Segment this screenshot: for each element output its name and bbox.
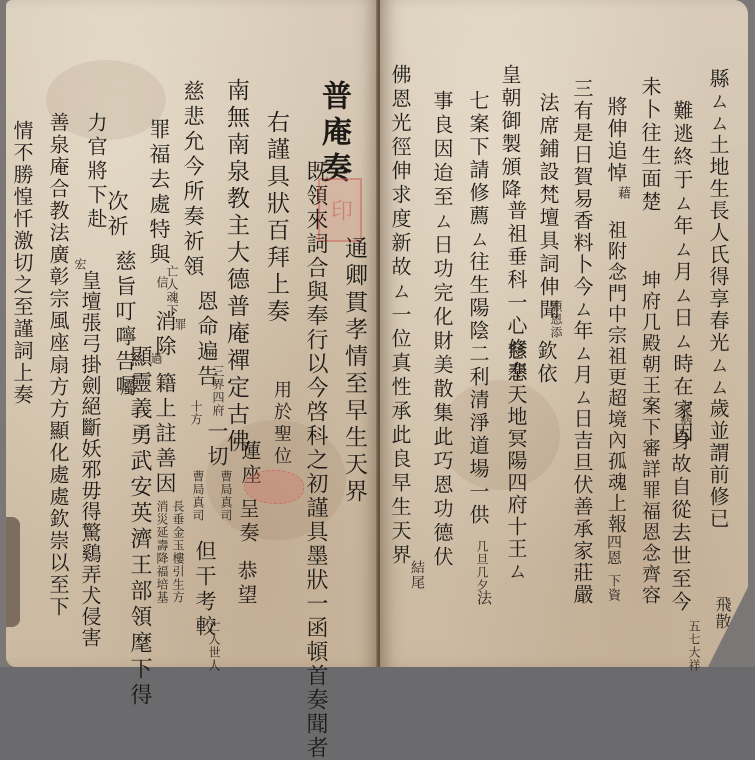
text-column: 將伸追悼 xyxy=(606,96,626,184)
torn-edge xyxy=(6,517,20,627)
text-column: 慈悲允今所奏祈領 xyxy=(182,80,203,280)
text-column: 罪福去處特與 xyxy=(148,118,169,268)
text-column: 法席鋪設梵壇具詞伸聞 xyxy=(538,92,558,322)
annotation: 五七大祥 xyxy=(688,620,700,667)
text-column: 法 xyxy=(476,590,491,606)
annotation: 曹局真司 xyxy=(220,470,232,522)
paper-stain xyxy=(440,380,560,490)
annotation: 老病 xyxy=(680,400,692,426)
annotation: 曹局真司 xyxy=(192,470,204,522)
red-leaf-seal xyxy=(244,470,304,504)
text-column: 身故自從去世至今 xyxy=(670,430,690,614)
text-column: 南無南泉教主大德普庵禪定古佛 xyxy=(224,78,247,456)
text-column: 既領來詞合與奉行以今啓科之初謹具墨狀一函頓首奏聞者 xyxy=(304,160,326,667)
text-column: 三有是日賀易香料卜今ㄙ年ㄙ月ㄙ日吉旦伏善承家莊嚴 xyxy=(572,78,592,606)
text-column: 事良因迨至ㄙ日功完化財美散集此巧恩功德伏 xyxy=(432,90,452,570)
text-column: 一切 xyxy=(206,420,227,470)
text-column: 力官將下赴 xyxy=(86,112,106,232)
text-column: 七案下請修薦ㄙ往生陽陰二利清淨道場一供 xyxy=(468,90,488,527)
text-column: 皇朝御製頒降 xyxy=(500,64,520,202)
text-column: 佛恩光徑伸求度新故ㄙ一位真性承此良早生天界 xyxy=(390,64,410,568)
text-column: 善泉庵合教法廣彰宗風座扇方方顯化處處欽崇以至下 xyxy=(48,112,68,618)
text-column: 縣ㄙㄙ土地生長人氏得享春光ㄙㄙ歲並謂前修已 xyxy=(708,68,728,530)
text-column: 右謹具狀百拜上奏 xyxy=(264,110,287,326)
text-column: 未卜往生面楚 xyxy=(640,76,660,214)
left-page: 普庵奏 印 通卿貫孝情至早生天界 既領來詞合與奉行以今啓科之初謹具墨狀一函頓首奏… xyxy=(6,0,378,667)
open-book: 普庵奏 印 通卿貫孝情至早生天界 既領來詞合與奉行以今啓科之初謹具墨狀一函頓首奏… xyxy=(0,0,755,667)
text-column: 用於聖位 xyxy=(272,380,290,468)
text-column: 呈奏 xyxy=(238,498,258,546)
text-column: 四恩 xyxy=(606,534,621,566)
text-column: 籍上註善因 xyxy=(154,372,175,497)
annotation: 頒恩添 xyxy=(550,300,562,339)
text-column: 結尾 xyxy=(410,560,424,590)
annotation: 宏 xyxy=(74,258,86,271)
text-column: 情不勝惶忏激切之至謹詞上奏 xyxy=(12,120,32,406)
annotation: 亡人世人 xyxy=(208,620,220,667)
annotation: 罪 xyxy=(174,318,186,331)
annotation: 几旦几夕 xyxy=(476,540,488,592)
torn-corner xyxy=(708,587,748,667)
annotation: 三界四府 xyxy=(212,365,224,417)
text-column: 坤府几殿朝王案下審詳罪福恩念齊容 xyxy=(640,270,659,606)
text-column: 皇壇張弓掛劍絕斷妖邪毋得驚鷄弄犬侵害 xyxy=(80,270,100,648)
text-column: 顯靈義勇武安英濟王部領麾下得 xyxy=(128,345,150,667)
right-page: 縣ㄙㄙ土地生長人氏得享春光ㄙㄙ歲並謂前修已 飛散 難逃終于ㄙ年ㄙ月ㄙ日ㄙ時在家因… xyxy=(380,0,748,667)
text-column: 難逃終于ㄙ年ㄙ月ㄙ日ㄙ時在家因 xyxy=(672,100,692,445)
annotation: 長垂金玉樓引生方 xyxy=(172,500,184,604)
text-column: 通卿貫孝情至早生天界 xyxy=(342,236,365,506)
text-column: 祖附念門中宗祖更超境內孤魂上報 xyxy=(606,220,625,535)
annotation: 藉 xyxy=(616,186,629,200)
text-column: 次祈 xyxy=(106,190,127,240)
annotation: 下資 xyxy=(606,574,619,602)
annotation: 消災延壽降福培基 xyxy=(156,500,168,604)
text-column: 恭望 xyxy=(236,560,256,608)
text-column: 欽依 xyxy=(536,340,556,386)
text-column: 慈悲天地冥陽四府十王ㄙ xyxy=(506,340,526,582)
annotation: 十方 xyxy=(190,400,202,426)
